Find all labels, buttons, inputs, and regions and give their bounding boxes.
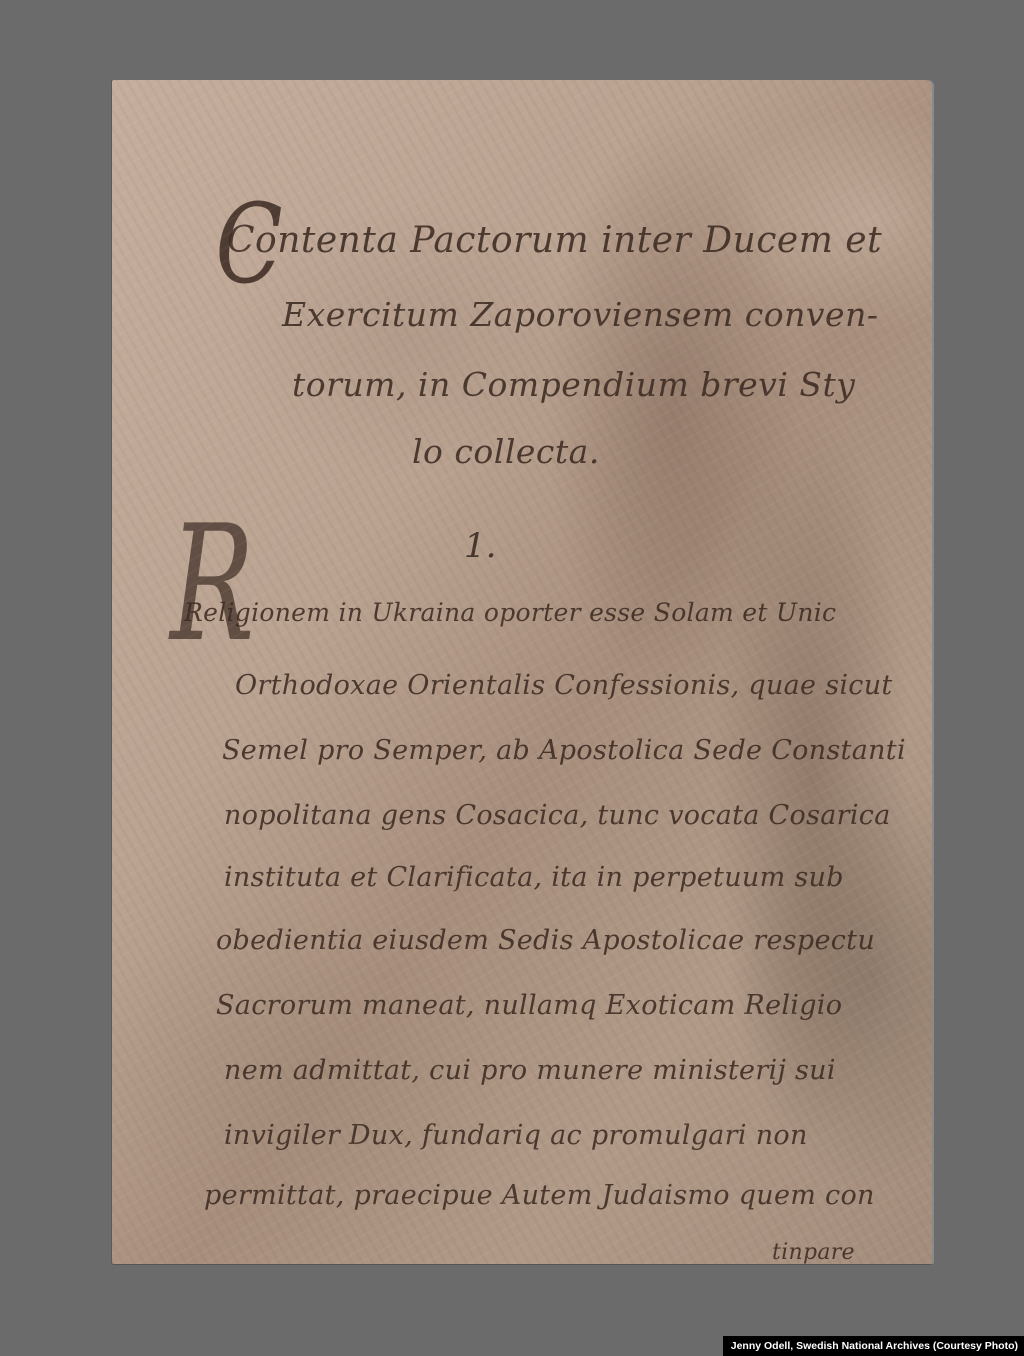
- body-line-11: tinpare: [772, 1240, 855, 1265]
- body-line-8: nem admittat, cui pro munere ministerij …: [224, 1055, 836, 1086]
- photo-credit: Jenny Odell, Swedish National Archives (…: [723, 1336, 1024, 1356]
- body-line-3: Semel pro Semper, ab Apostolica Sede Con…: [222, 735, 906, 766]
- body-line-10: permittat, praecipue Autem Judaismo quem…: [204, 1180, 875, 1211]
- body-line-6: obedientia eiusdem Sedis Apostolicae res…: [216, 925, 875, 956]
- title-line-1: Contenta Pactorum inter Ducem et: [227, 220, 882, 261]
- decorative-initial-r: R: [170, 490, 254, 677]
- body-line-7: Sacrorum maneat, nullamq Exoticam Religi…: [216, 990, 842, 1021]
- manuscript-page: C Contenta Pactorum inter Ducem et Exerc…: [112, 80, 932, 1264]
- title-line-4: lo collecta.: [412, 432, 600, 471]
- title-line-2: Exercitum Zaporoviensem conven-: [282, 295, 878, 334]
- section-number: 1.: [464, 526, 496, 566]
- body-line-2: Orthodoxae Orientalis Confessionis, quae…: [235, 670, 893, 701]
- body-line-1: Religionem in Ukraina oporter esse Solam…: [184, 598, 836, 627]
- body-line-9: invigiler Dux, fundariq ac promulgari no…: [224, 1120, 808, 1151]
- title-line-3: torum, in Compendium brevi Sty: [292, 365, 855, 404]
- body-line-4: nopolitana gens Cosacica, tunc vocata Co…: [224, 800, 891, 831]
- body-line-5: instituta et Clarificata, ita in perpetu…: [224, 862, 844, 893]
